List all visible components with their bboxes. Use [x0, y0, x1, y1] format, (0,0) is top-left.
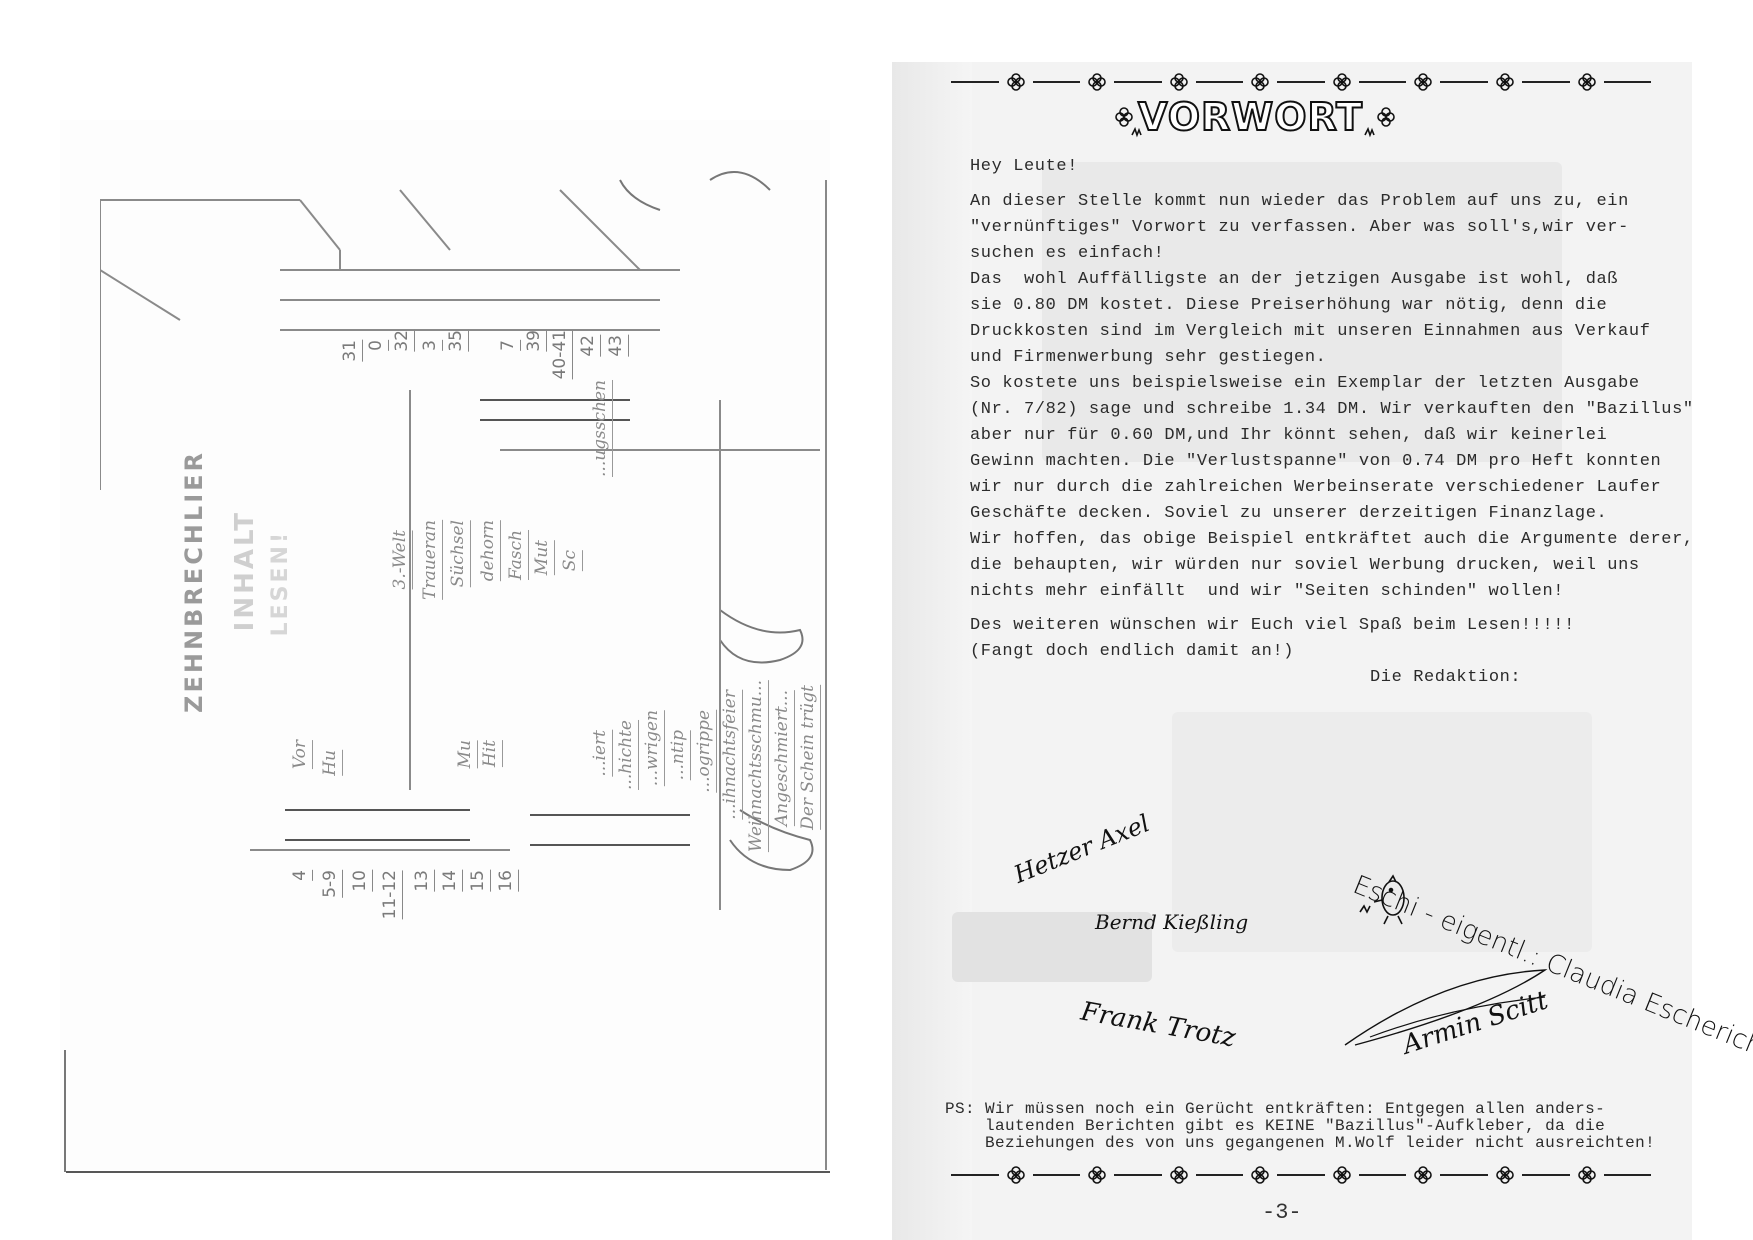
toc-entry: Süchsel — [448, 520, 471, 587]
toc-entry: Traueran — [420, 520, 443, 600]
body-line: nichts mehr einfällt und wir "Seiten sch… — [970, 582, 1564, 602]
left-page-table-of-contents: ZEHNBRECHLIER INHALT LESEN! Vor Hu Mu Hi… — [60, 120, 830, 1180]
body-line: So kostete uns beispielsweise ein Exempl… — [970, 374, 1640, 394]
toc-entry: ...ogrippe — [694, 710, 717, 793]
flower-icon — [1576, 1164, 1598, 1186]
divider-dash — [1522, 1174, 1570, 1176]
divider-dash — [1114, 81, 1162, 83]
toc-entry: Der Schein trügt — [798, 685, 821, 830]
page-heading: VORWORT — [1110, 93, 1400, 145]
divider-dash — [1196, 81, 1244, 83]
flower-icon — [1412, 1164, 1434, 1186]
toc-entry: ...hichte — [616, 720, 639, 790]
toc-entry: Hit — [480, 740, 503, 767]
body-line: wir nur durch die zahlreichen Werbeinser… — [970, 478, 1661, 498]
page-border — [825, 180, 827, 1170]
toc-entry: Mu — [455, 740, 478, 768]
divider-dash — [1604, 81, 1652, 83]
body-line: sie 0.80 DM kostet. Diese Preiserhöhung … — [970, 296, 1607, 316]
body-line: (Nr. 7/82) sage und schreibe 1.34 DM. Wi… — [970, 400, 1694, 420]
toc-entry: ...wrigen — [642, 710, 665, 786]
closing-line: Des weiteren wünschen wir Euch viel Spaß… — [970, 616, 1575, 636]
flower-icon — [1331, 1164, 1353, 1186]
toc-entry: Fasch — [506, 530, 529, 580]
toc-page-number: 43 — [606, 335, 629, 357]
toc-entry: ...ihnachtsfeier — [720, 690, 743, 820]
page-border — [64, 1050, 66, 1172]
toc-entry: Hu — [320, 750, 343, 776]
body-line: Geschäfte decken. Soviel zu unserer derz… — [970, 504, 1607, 524]
flower-icon — [1005, 71, 1027, 93]
toc-page-number: 0 — [366, 340, 389, 351]
flower-icon — [1249, 71, 1271, 93]
toc-page-number: 3 — [420, 340, 443, 351]
toc-sketch-drawing — [100, 150, 820, 1130]
divider-dash — [1440, 1174, 1488, 1176]
divider-dash — [951, 1174, 999, 1176]
ps-text: PS: Wir müssen noch ein Gerücht entkräft… — [945, 1100, 1605, 1118]
divider-dash — [1440, 81, 1488, 83]
flower-icon — [1412, 71, 1434, 93]
toc-rotated-block: ZEHNBRECHLIER INHALT LESEN! Vor Hu Mu Hi… — [100, 150, 820, 1130]
page-border — [66, 1171, 830, 1173]
body-line: Das wohl Auffälligste an der jetzigen Au… — [970, 270, 1618, 290]
body-line: suchen es einfach! — [970, 244, 1164, 264]
toc-heading-lesen: LESEN! — [268, 530, 293, 636]
body-line: Wir hoffen, das obige Beispiel entkräfte… — [970, 530, 1694, 550]
flower-icon — [1494, 71, 1516, 93]
closing-line: (Fangt doch endlich damit an!) — [970, 642, 1294, 662]
toc-page-number: 5-9 — [320, 870, 343, 898]
toc-page-number: 11-12 — [380, 870, 403, 919]
toc-page-number: 7 — [498, 340, 521, 351]
toc-page-number: 40-41 — [550, 330, 573, 379]
flower-icon — [1086, 1164, 1108, 1186]
toc-heading-inhalt: INHALT — [230, 510, 260, 631]
toc-page-number: 14 — [440, 870, 463, 892]
flower-icon — [1494, 1164, 1516, 1186]
flower-icon — [1086, 71, 1108, 93]
toc-page-number: 32 — [392, 330, 415, 352]
flower-icon — [1249, 1164, 1271, 1186]
body-line: An dieser Stelle kommt nun wieder das Pr… — [970, 192, 1629, 212]
toc-entry: Sc — [560, 550, 583, 571]
ps-text: Beziehungen des von uns gegangenen M.Wol… — [945, 1134, 1655, 1152]
toc-entry: ...iert — [590, 730, 613, 777]
toc-page-number: 10 — [350, 870, 373, 892]
divider-dash — [1359, 81, 1407, 83]
signoff: Die Redaktion: — [1370, 668, 1521, 687]
toc-page-number: 16 — [496, 870, 519, 892]
body-line: die behaupten, wir würden nur soviel Wer… — [970, 556, 1640, 576]
toc-page-number: 13 — [412, 870, 435, 892]
page-number: -3- — [1262, 1200, 1302, 1225]
toc-page-number: 39 — [524, 330, 547, 352]
divider-dash — [1114, 1174, 1162, 1176]
divider-dash — [1033, 1174, 1081, 1176]
flower-divider-top — [945, 70, 1657, 94]
toc-entry: Angeschmiert... — [772, 690, 795, 826]
heading-text: VORWORT — [1138, 95, 1363, 139]
toc-page-number: 4 — [290, 870, 313, 881]
body-line: Druckkosten sind im Vergleich mit unsere… — [970, 322, 1651, 342]
toc-entry: ...ugsschen — [590, 380, 613, 477]
bird-doodle-icon — [1355, 860, 1425, 940]
toc-page-number: 42 — [578, 335, 601, 357]
greeting: Hey Leute! — [970, 157, 1078, 177]
divider-dash — [1033, 81, 1081, 83]
toc-heading-brand: ZEHNBRECHLIER — [180, 450, 208, 713]
divider-dash — [1604, 1174, 1652, 1176]
ps-text: lautenden Berichten gibt es KEINE "Bazil… — [945, 1117, 1605, 1135]
toc-page-number: 31 — [340, 340, 363, 362]
divider-dash — [1277, 81, 1325, 83]
flower-icon — [1576, 71, 1598, 93]
toc-entry: Mut — [532, 540, 555, 575]
flower-icon — [1005, 1164, 1027, 1186]
toc-entry: ...ntip — [668, 730, 691, 780]
toc-entry: dehorn — [478, 520, 501, 581]
flower-divider-bottom — [945, 1163, 1657, 1187]
flower-icon — [1331, 71, 1353, 93]
body-line: aber nur für 0.60 DM,und Ihr könnt sehen… — [970, 426, 1607, 446]
body-line: "vernünftiges" Vorwort zu verfassen. Abe… — [970, 218, 1629, 238]
flower-icon — [1168, 71, 1190, 93]
body-line: und Firmenwerbung sehr gestiegen. — [970, 348, 1326, 368]
signature: Bernd Kießling — [1095, 910, 1248, 934]
divider-dash — [1359, 1174, 1407, 1176]
toc-entry: Vor — [290, 740, 313, 769]
toc-page-number: 15 — [468, 870, 491, 892]
toc-entry: 3.-Welt — [390, 530, 413, 589]
flower-icon — [1168, 1164, 1190, 1186]
toc-page-number: 35 — [446, 330, 469, 352]
divider-dash — [1277, 1174, 1325, 1176]
body-line: Gewinn machten. Die "Verlustspanne" von … — [970, 452, 1661, 472]
toc-entry: Weihnachtsschmu... — [746, 680, 769, 852]
divider-dash — [1196, 1174, 1244, 1176]
divider-dash — [951, 81, 999, 83]
divider-dash — [1522, 81, 1570, 83]
